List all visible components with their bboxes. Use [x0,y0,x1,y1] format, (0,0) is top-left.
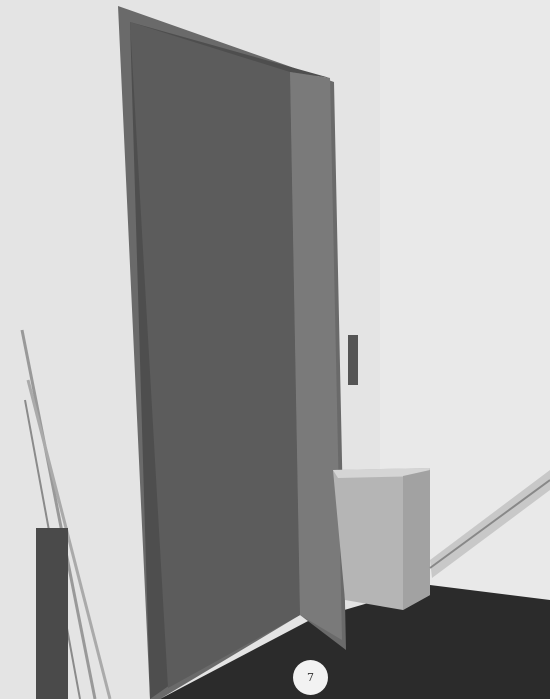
call-button-panel [348,335,358,385]
photo-elevator-hallway [0,0,550,699]
page-number-badge: 7 [293,660,328,695]
